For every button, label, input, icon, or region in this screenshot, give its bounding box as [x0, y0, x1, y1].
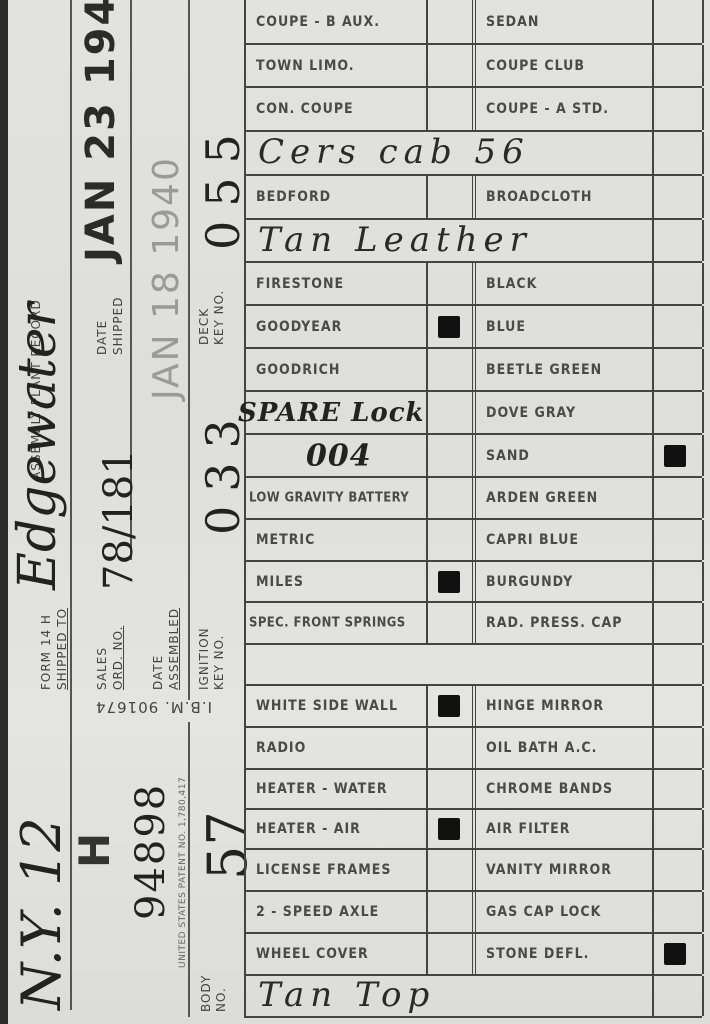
- grid-row: HEATER - AIRAIR FILTER: [244, 810, 702, 850]
- option-text: GOODYEAR: [256, 319, 342, 335]
- option-text: STONE DEFL.: [486, 946, 589, 962]
- grid-row: LOW GRAVITY BATTERYARDEN GREEN: [244, 478, 702, 520]
- shipped-to-label: SHIPPED TO: [56, 608, 69, 690]
- grid-row: 004SAND: [244, 435, 702, 478]
- card-edge: [0, 0, 8, 1024]
- option-label-right: BLUE: [472, 306, 652, 347]
- check-mark-icon: [438, 571, 460, 593]
- option-text: RADIO: [256, 740, 306, 756]
- option-text: COUPE CLUB: [486, 58, 585, 74]
- grid-row: HEATER - WATERCHROME BANDS: [244, 770, 702, 810]
- grid-row: TOWN LIMO.COUPE CLUB: [244, 45, 702, 88]
- check-box-left[interactable]: [426, 349, 472, 390]
- body-no-label-1: BODY: [200, 975, 213, 1012]
- date-shipped-value: JAN 23 1940: [78, 0, 124, 262]
- option-text: TOWN LIMO.: [256, 58, 355, 74]
- check-box-right[interactable]: [652, 88, 704, 130]
- check-box-left[interactable]: [426, 562, 472, 601]
- option-text: CHROME BANDS: [486, 781, 613, 797]
- check-box-left[interactable]: [426, 686, 472, 726]
- shipped-to-value: Edgewater: [8, 303, 68, 590]
- check-box-left[interactable]: [426, 603, 472, 643]
- option-label-left: SPEC. FRONT SPRINGS: [244, 603, 426, 643]
- option-text: GAS CAP LOCK: [486, 904, 601, 920]
- ignition-key-label: KEY NO.: [213, 635, 226, 690]
- check-box-left[interactable]: [426, 934, 472, 974]
- grid-row: SPEC. FRONT SPRINGSRAD. PRESS. CAP: [244, 603, 702, 645]
- option-label-right: ARDEN GREEN: [472, 478, 652, 518]
- ibm-number: I.B.M. 901674: [95, 698, 212, 716]
- form-number: FORM 14 H: [40, 614, 53, 690]
- option-label-left: BEDFORD: [244, 176, 426, 218]
- serial-number: 94898: [128, 783, 174, 920]
- check-box-right[interactable]: [652, 728, 704, 768]
- handwritten-note: Tan Top: [258, 975, 435, 1015]
- option-label-right: COUPE - A STD.: [472, 88, 652, 130]
- divider: [188, 722, 190, 1017]
- option-label-left: 2 - SPEED AXLE: [244, 892, 426, 932]
- check-box-left[interactable]: [426, 435, 472, 476]
- option-text: WHEEL COVER: [256, 946, 369, 962]
- check-box-left[interactable]: [426, 770, 472, 808]
- option-label-left: WHEEL COVER: [244, 934, 426, 974]
- option-text: METRIC: [256, 532, 315, 548]
- option-text: BEETLE GREEN: [486, 362, 602, 378]
- date-assembled-label-1: DATE: [152, 655, 165, 690]
- sales-ord-label-2: ORD. NO.: [112, 626, 125, 690]
- option-label-left: LOW GRAVITY BATTERY: [244, 478, 426, 518]
- grid-row: WHITE SIDE WALLHINGE MIRROR: [244, 686, 702, 728]
- date-assembled-value: JAN 18 1940: [146, 156, 187, 400]
- check-box-left[interactable]: [426, 892, 472, 932]
- option-label-right: DOVE GRAY: [472, 392, 652, 433]
- check-box-right[interactable]: [652, 176, 704, 218]
- check-box-right[interactable]: [652, 306, 704, 347]
- option-text: 2 - SPEED AXLE: [256, 904, 379, 920]
- car-code: N.Y. 12: [10, 817, 73, 1010]
- option-label-right: BEETLE GREEN: [472, 349, 652, 390]
- check-box-right[interactable]: [652, 562, 704, 601]
- check-box-right[interactable]: [652, 770, 704, 808]
- option-text: DOVE GRAY: [486, 405, 576, 421]
- option-label-right: SAND: [472, 435, 652, 476]
- grid-row: METRICCAPRI BLUE: [244, 520, 702, 562]
- body-no-label: NO.: [215, 987, 228, 1012]
- options-grid: COUPE - B AUX.SEDANTOWN LIMO.COUPE CLUBC…: [244, 0, 704, 1024]
- grid-row: LICENSE FRAMESVANITY MIRROR: [244, 850, 702, 892]
- grid-row: RADIOOIL BATH A.C.: [244, 728, 702, 770]
- grid-row: GOODRICHBEETLE GREEN: [244, 349, 702, 392]
- option-label-left: FIRESTONE: [244, 263, 426, 304]
- option-label-right: OIL BATH A.C.: [472, 728, 652, 768]
- ibm-number-box: I.B.M. 901674: [95, 698, 245, 716]
- grid-row: CON. COUPECOUPE - A STD.: [244, 88, 702, 132]
- check-mark-icon: [438, 818, 460, 840]
- option-text: BLUE: [486, 319, 526, 335]
- option-text: BURGUNDY: [486, 574, 573, 590]
- option-label-left: 004: [244, 435, 426, 476]
- grid-row: Cers cab 56: [244, 132, 702, 176]
- option-label-right: HINGE MIRROR: [472, 686, 652, 726]
- check-mark-icon: [438, 695, 460, 717]
- check-box-right[interactable]: [652, 603, 704, 643]
- series-letter: H: [70, 833, 119, 868]
- check-box-left[interactable]: [426, 45, 472, 86]
- check-box-right[interactable]: [652, 263, 704, 304]
- check-box-left[interactable]: [426, 263, 472, 304]
- check-mark-icon: [664, 943, 686, 965]
- option-label-right: BROADCLOTH: [472, 176, 652, 218]
- handwritten-cell: Tan Top: [244, 976, 652, 1016]
- option-label-right: STONE DEFL.: [472, 934, 652, 974]
- option-text: OIL BATH A.C.: [486, 740, 597, 756]
- check-box-right[interactable]: [652, 520, 704, 560]
- grid-row: 2 - SPEED AXLEGAS CAP LOCK: [244, 892, 702, 934]
- option-text: AIR FILTER: [486, 821, 570, 837]
- check-box[interactable]: [652, 132, 704, 174]
- deck-key-label: KEY NO.: [213, 290, 226, 345]
- option-text: BEDFORD: [256, 189, 331, 205]
- option-text: HINGE MIRROR: [486, 698, 604, 714]
- option-label-left: CON. COUPE: [244, 88, 426, 130]
- check-box-right[interactable]: [652, 478, 704, 518]
- check-box-left[interactable]: [426, 810, 472, 848]
- option-text: CAPRI BLUE: [486, 532, 579, 548]
- check-box-right[interactable]: [652, 850, 704, 890]
- option-label-left: RADIO: [244, 728, 426, 768]
- check-box-left[interactable]: [426, 88, 472, 130]
- date-shipped-label: SHIPPED: [112, 297, 125, 355]
- check-box-left[interactable]: [426, 0, 472, 43]
- check-box-left[interactable]: [426, 392, 472, 433]
- grid-row: SPARE LockDOVE GRAY: [244, 392, 702, 435]
- check-box-right[interactable]: [652, 435, 704, 476]
- option-label-left: HEATER - WATER: [244, 770, 426, 808]
- option-text: COUPE - B AUX.: [256, 14, 380, 30]
- option-text: WHITE SIDE WALL: [256, 698, 398, 714]
- check-box-right[interactable]: [652, 934, 704, 974]
- option-text: SEDAN: [486, 14, 539, 30]
- option-label-left: HEATER - AIR: [244, 810, 426, 848]
- option-label-left: MILES: [244, 562, 426, 601]
- option-label-left: COUPE - B AUX.: [244, 0, 426, 43]
- blank-cell: [244, 645, 652, 684]
- grid-row: MILESBURGUNDY: [244, 562, 702, 603]
- option-label-right: SEDAN: [472, 0, 652, 43]
- grid-row: Tan Top: [244, 976, 702, 1018]
- date-shipped-label-1: DATE: [96, 320, 109, 355]
- deck-key-value: 055: [196, 120, 250, 250]
- option-text: VANITY MIRROR: [486, 862, 612, 878]
- ignition-key-label-1: IGNITION: [198, 627, 211, 690]
- option-text: SPARE Lock: [238, 398, 425, 428]
- option-text: ARDEN GREEN: [486, 490, 598, 506]
- option-text: CON. COUPE: [256, 101, 354, 117]
- handwritten-note: Tan Leather: [258, 220, 532, 260]
- option-label-left: WHITE SIDE WALL: [244, 686, 426, 726]
- option-text: SPEC. FRONT SPRINGS: [249, 616, 406, 631]
- check-box-left[interactable]: [426, 478, 472, 518]
- check-mark-icon: [664, 445, 686, 467]
- option-text: RAD. PRESS. CAP: [486, 615, 623, 631]
- check-mark-icon: [438, 316, 460, 338]
- check-box[interactable]: [652, 976, 704, 1016]
- grid-row: GOODYEARBLUE: [244, 306, 702, 349]
- check-box-right[interactable]: [652, 892, 704, 932]
- option-text: FIRESTONE: [256, 276, 344, 292]
- check-box-right[interactable]: [652, 349, 704, 390]
- option-label-right: BLACK: [472, 263, 652, 304]
- check-box-right[interactable]: [652, 810, 704, 848]
- check-box[interactable]: [652, 645, 704, 684]
- option-label-right: CAPRI BLUE: [472, 520, 652, 560]
- option-label-left: METRIC: [244, 520, 426, 560]
- sales-ord-label: SALES: [96, 647, 109, 690]
- option-label-left: SPARE Lock: [244, 392, 426, 433]
- option-text: COUPE - A STD.: [486, 101, 609, 117]
- handwritten-cell: Tan Leather: [244, 220, 652, 261]
- option-label-right: GAS CAP LOCK: [472, 892, 652, 932]
- deck-key-label-1: DECK: [198, 308, 211, 345]
- grid-row: COUPE - B AUX.SEDAN: [244, 0, 702, 45]
- option-text: BLACK: [486, 276, 537, 292]
- option-label-right: AIR FILTER: [472, 810, 652, 848]
- grid-row: [244, 645, 702, 686]
- check-box-right[interactable]: [652, 0, 704, 43]
- check-box-left[interactable]: [426, 850, 472, 890]
- assembly-record-card: ASSEMBLY PLANT RECORD FORM 14 H SHIPPED …: [0, 0, 710, 1024]
- option-label-right: COUPE CLUB: [472, 45, 652, 86]
- check-box-right[interactable]: [652, 45, 704, 86]
- option-label-left: GOODRICH: [244, 349, 426, 390]
- option-label-left: LICENSE FRAMES: [244, 850, 426, 890]
- check-box[interactable]: [652, 220, 704, 261]
- option-label-right: VANITY MIRROR: [472, 850, 652, 890]
- check-box-left[interactable]: [426, 520, 472, 560]
- option-text: MILES: [256, 574, 304, 590]
- check-box-right[interactable]: [652, 686, 704, 726]
- handwritten-cell: Cers cab 56: [244, 132, 652, 174]
- option-label-left: GOODYEAR: [244, 306, 426, 347]
- date-assembled-label: ASSEMBLED: [168, 608, 181, 690]
- option-label-right: BURGUNDY: [472, 562, 652, 601]
- option-text: LICENSE FRAMES: [256, 862, 391, 878]
- grid-row: FIRESTONEBLACK: [244, 263, 702, 306]
- option-text: GOODRICH: [256, 362, 340, 378]
- check-box-left[interactable]: [426, 306, 472, 347]
- option-text: BROADCLOTH: [486, 189, 592, 205]
- option-label-right: CHROME BANDS: [472, 770, 652, 808]
- divider: [188, 0, 190, 700]
- check-box-left[interactable]: [426, 728, 472, 768]
- option-text: SAND: [486, 448, 530, 464]
- grid-row: BEDFORDBROADCLOTH: [244, 176, 702, 220]
- option-text: 004: [306, 438, 372, 473]
- patent-text: UNITED STATES PATENT NO. 1,780,417: [178, 777, 188, 968]
- option-label-left: TOWN LIMO.: [244, 45, 426, 86]
- option-text: LOW GRAVITY BATTERY: [249, 491, 409, 506]
- grid-row: Tan Leather: [244, 220, 702, 263]
- option-label-right: RAD. PRESS. CAP: [472, 603, 652, 643]
- option-text: HEATER - AIR: [256, 821, 361, 837]
- handwritten-note: Cers cab 56: [258, 132, 530, 172]
- check-box-left[interactable]: [426, 176, 472, 218]
- check-box-right[interactable]: [652, 392, 704, 433]
- grid-row: WHEEL COVERSTONE DEFL.: [244, 934, 702, 976]
- sales-ord-value: 78/181: [96, 449, 142, 590]
- option-text: HEATER - WATER: [256, 781, 388, 797]
